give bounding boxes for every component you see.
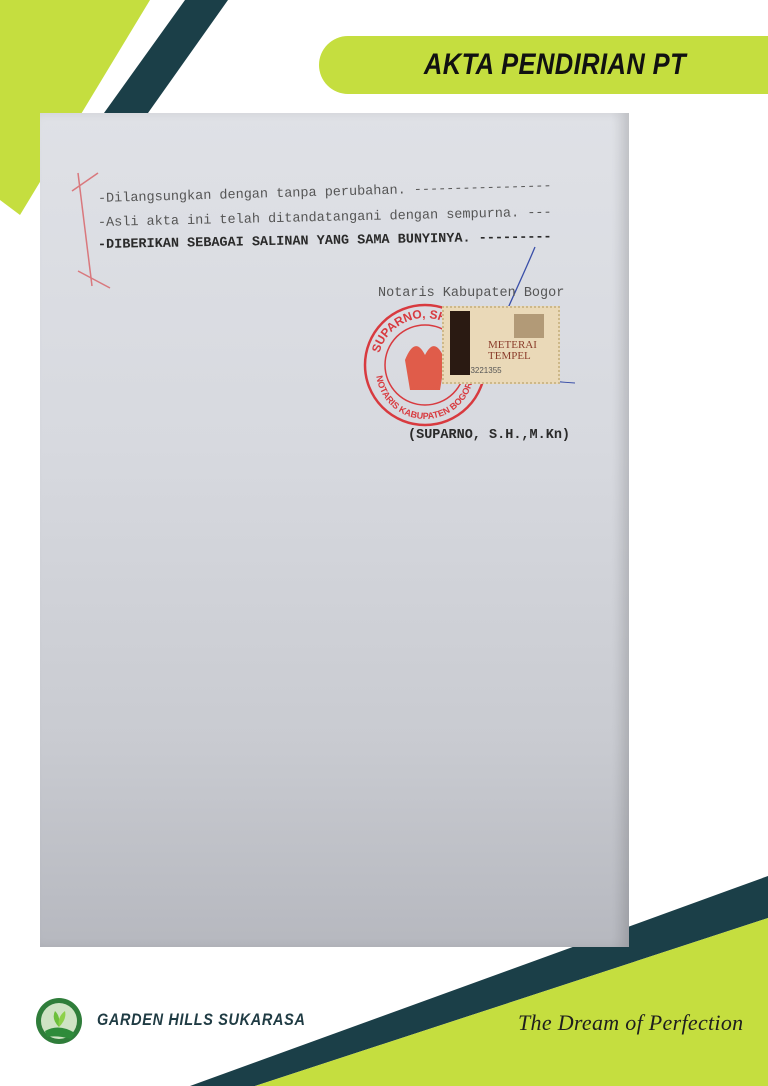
meterai-label-line2: TEMPEL [488,351,537,362]
brand-name: GARDEN HILLS SUKARASA [97,1010,306,1030]
leaf-logo-icon [35,997,83,1045]
redaction-block [450,311,470,375]
notary-title: Notaris Kabupaten Bogor [378,286,564,301]
page-title: AKTA PENDIRIAN PT [406,36,704,94]
tagline: The Dream of Perfection [518,1010,743,1036]
meterai-pattern [514,314,544,338]
signatory-name: (SUPARNO, S.H.,M.Kn) [408,428,570,443]
meterai-label: METERAI TEMPEL [488,340,537,362]
scanned-document: -Dilangsungkan dengan tanpa perubahan. -… [40,113,629,947]
